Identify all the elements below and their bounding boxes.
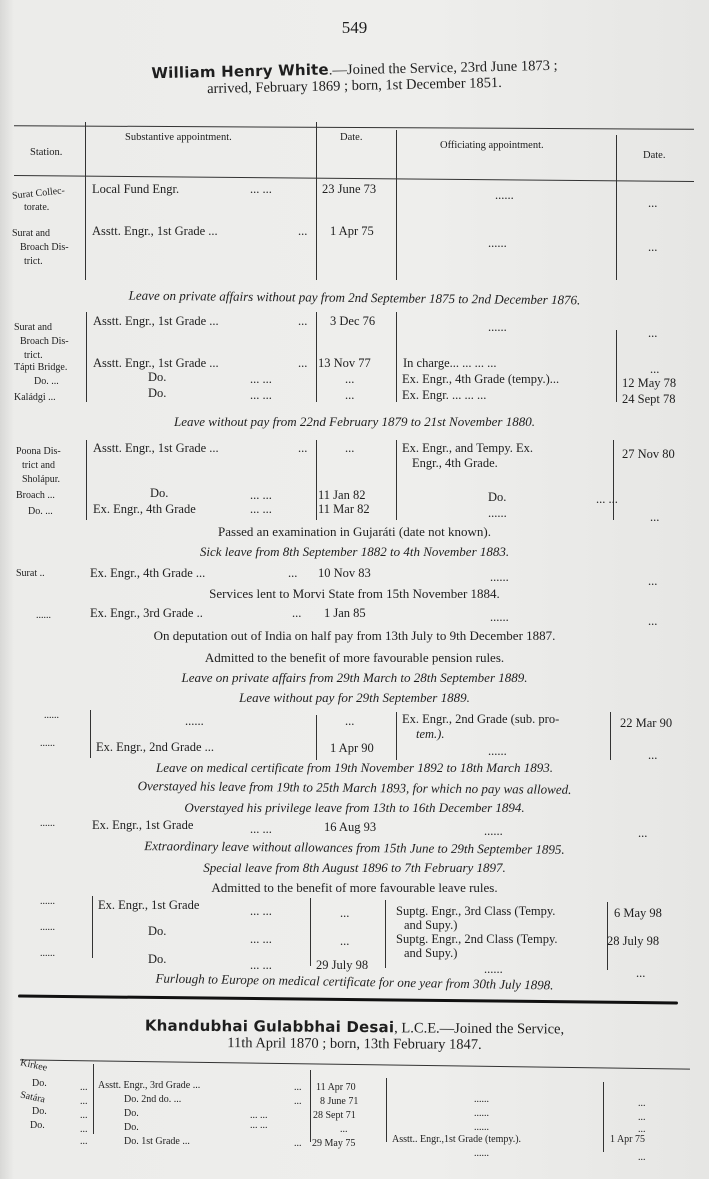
service-note: Leave on medical certificate from 19th N… [0,760,709,776]
substantive-cell: Ex. Engr., 3rd Grade .. [90,606,203,620]
station-cell: Do. [32,1078,47,1090]
station-cell: Do. ... [28,506,53,518]
date-cell: 28 Sept 71 [313,1110,356,1122]
officiating-cell: ...... [488,506,507,520]
station-cell: Tápti Bridge. [14,362,67,374]
station-cell: Poona Dis- [16,446,61,458]
officiating-cell: ...... [484,824,503,838]
substantive-cell: Do. [148,952,166,966]
station-cell: Broach Dis- [20,336,69,348]
col-rule [616,330,617,402]
odate-cell: ... [648,614,657,628]
section-divider [18,995,678,1005]
odate-cell: 6 May 98 [614,906,662,920]
table-top-rule [14,125,694,130]
header-station: Station. [30,147,62,158]
date-cell: 10 Nov 83 [318,566,371,580]
substantive-cell: Asstt. Engr., 3rd Grade ... [98,1080,200,1092]
station-cell: torate. [24,202,49,214]
station-cell: Do. [32,1106,47,1118]
officiating-cell: Ex. Engr., 4th Grade (tempy.)... [402,372,559,386]
dots: ... ... [250,388,272,402]
date-cell: ... [345,388,354,402]
header-date2: Date. [643,150,665,161]
dots: ... [298,224,307,238]
service-note: Passed an examination in Gujaráti (date … [0,524,709,540]
date-cell: 16 Aug 93 [324,820,376,834]
officiating-cell: ...... [474,1094,489,1106]
dots: ... [294,1096,302,1108]
odate-cell: ... [638,1112,646,1124]
header-date1: Date. [340,132,362,143]
odate-cell: ... [648,240,657,254]
substantive-cell: ...... [185,714,204,728]
col-rule [86,312,87,402]
substantive-cell: Do. [148,924,166,938]
substantive-cell: Do. [124,1108,139,1120]
date-cell: 1 Apr 90 [330,741,374,755]
substantive-cell: Do. [148,370,166,384]
col-rule [385,900,386,968]
dots: ... [80,1110,88,1122]
header-substantive: Substantive appointment. [125,132,232,143]
service-note: Overstayed his leave from 19th to 25th M… [0,777,709,799]
date-cell: 23 June 73 [322,182,376,196]
dots: ... [80,1082,88,1094]
officer2-name: Khandubhai Gulabbhai Desai [145,1017,394,1037]
odate-cell: ... [636,966,645,980]
col-rule [316,312,317,402]
dots: ... [294,1138,302,1150]
col-rule [316,122,317,280]
odate-cell: ... [638,826,647,840]
service-note: Leave on private affairs from 29th March… [0,670,709,686]
substantive-cell: Asstt. Engr., 1st Grade ... [93,314,219,328]
officiating-cell: and Supy.) [404,918,457,932]
col-rule [316,440,317,520]
dots: ... ... [250,904,272,918]
col-rule [603,1082,604,1152]
col-rule [310,1070,311,1142]
odate-cell: ... ... [596,492,618,506]
dots: ... [80,1124,88,1136]
officiating-cell: ...... [474,1122,489,1134]
service-note: Furlough to Europe on medical certificat… [0,968,709,996]
document-page: 549 William Henry White.—Joined the Serv… [0,0,709,1179]
station-cell: ...... [40,896,55,908]
dots: ... ... [250,932,272,946]
date-cell: 1 Jan 85 [324,606,366,620]
date-cell: ... [340,906,349,920]
station-cell: Surat Collec- [12,185,66,202]
substantive-cell: Local Fund Engr. [92,182,179,196]
station-cell: Surat and [14,322,52,334]
dots: ... ... [250,958,272,972]
col-rule [86,440,87,520]
dots: ... [288,566,297,580]
station-cell: Sholápur. [22,474,60,486]
col-rule [316,715,317,760]
date-cell: ... [340,934,349,948]
station-cell: ...... [44,710,59,722]
station-cell: Satára [19,1090,46,1107]
page-number: 549 [0,18,709,38]
officiating-cell: ...... [490,570,509,584]
substantive-cell: Ex. Engr., 4th Grade [93,502,196,516]
odate-cell: 22 Mar 90 [620,716,672,730]
station-cell: Broach ... [16,490,55,502]
substantive-cell: Ex. Engr., 4th Grade ... [90,566,205,580]
station-cell: Kaládgi ... [14,392,56,404]
station-cell: trict. [24,256,43,268]
date-cell: 11 Jan 82 [318,488,365,502]
officiating-cell: Asstt.. Engr.,1st Grade (tempy.). [392,1134,521,1146]
service-note: Leave on private affairs without pay fro… [0,286,709,309]
dots: ... ... [250,372,272,386]
station-cell: Broach Dis- [20,242,69,254]
odate-cell: ... [638,1098,646,1110]
dots: ... [80,1096,88,1108]
dots: ... [298,356,307,370]
officiating-cell: ...... [474,1108,489,1120]
station-cell: ...... [40,738,55,750]
officiating-cell: Ex. Engr., and Tempy. Ex. [402,441,533,455]
station-cell: trict. [24,350,43,362]
col-rule [396,440,397,520]
odate-cell: 28 July 98 [607,934,659,948]
substantive-cell: Do. [124,1122,139,1134]
officiating-cell: and Supy.) [404,946,457,960]
substantive-cell: Ex. Engr., 1st Grade [92,818,193,832]
col-rule [93,1064,94,1134]
date-cell: 1 Apr 75 [330,224,374,238]
odate-cell: ... [650,362,659,376]
date-cell: 29 July 98 [316,958,368,972]
substantive-cell: Do. [148,386,166,400]
header-officiating: Officiating appointment. [440,140,544,151]
odate-cell: ... [638,1152,646,1164]
officiating-cell: tem.). [416,727,444,741]
col-rule [386,1078,387,1142]
substantive-cell: Ex. Engr., 1st Grade [98,898,199,912]
dots: ... ... [250,822,272,836]
col-rule [90,710,91,758]
station-cell: ...... [40,818,55,830]
header-bottom-rule [14,175,694,182]
officiating-cell: Do. [488,490,506,504]
service-note: Sick leave from 8th September 1882 to 4t… [0,544,709,560]
dots: ... [298,441,307,455]
odate-cell: ... [648,196,657,210]
officiating-cell: In charge... ... ... ... [403,356,497,370]
date-cell: 8 June 71 [320,1096,358,1108]
date-cell: 11 Apr 70 [316,1082,356,1094]
officiating-cell: ...... [488,320,507,334]
substantive-cell: Asstt. Engr., 1st Grade ... [93,356,219,370]
substantive-cell: Do. 2nd do. ... [124,1094,181,1106]
date-cell: 29 May 75 [312,1138,355,1150]
col-rule [610,712,611,760]
col-rule [85,122,86,280]
col-rule [396,712,397,760]
service-note: On deputation out of India on half pay f… [0,628,709,644]
station-cell: Do. ... [34,376,59,388]
dots: ... [292,606,301,620]
service-note: Services lent to Morvi State from 15th N… [0,586,709,602]
service-note: Leave without pay for 29th September 188… [0,690,709,706]
station-cell: Do. [30,1120,45,1132]
dots: ... ... [250,1120,268,1132]
station-cell: ...... [40,948,55,960]
service-note: Extraordinary leave without allowances f… [0,837,709,859]
date-cell: 13 Nov 77 [318,356,371,370]
col-rule [613,440,614,520]
odate-cell: 27 Nov 80 [622,447,675,461]
dots: ... ... [250,502,272,516]
dots: ... [294,1082,302,1094]
substantive-cell: Do. 1st Grade ... [124,1136,190,1148]
officiating-cell: Ex. Engr., 2nd Grade (sub. pro- [402,712,559,726]
officiating-cell: ...... [495,188,514,202]
officer2-subheading: 11th April 1870 ; born, 13th February 18… [0,1034,709,1056]
substantive-cell: Asstt. Engr., 1st Grade ... [92,224,218,238]
dots: ... [80,1136,88,1148]
dots: ... ... [250,488,272,502]
col-rule [396,130,397,280]
service-note: Special leave from 8th August 1896 to 7t… [0,860,709,876]
date-cell: ... [345,714,354,728]
substantive-cell: Asstt. Engr., 1st Grade ... [93,441,219,455]
officiating-cell: ...... [484,962,503,976]
dots: ... [298,314,307,328]
col-rule [396,312,397,402]
odate-cell: ... [650,510,659,524]
col-rule [92,896,93,958]
station-cell: ...... [36,610,51,622]
substantive-cell: Ex. Engr., 2nd Grade ... [96,740,214,754]
col-rule [310,898,311,966]
odate-cell: 12 May 78 [622,376,676,390]
substantive-cell: Do. [150,486,168,500]
officer2-intro: , L.C.E.—Joined the Service, [394,1020,564,1037]
officiating-cell: ...... [488,744,507,758]
odate-cell: 24 Sept 78 [622,392,675,406]
station-cell: trict and [22,460,55,472]
date-cell: 3 Dec 76 [330,314,375,328]
officiating-cell: Suptg. Engr., 3rd Class (Tempy. [396,904,555,918]
date-cell: ... [345,441,354,455]
officiating-cell: Suptg. Engr., 2nd Class (Tempy. [396,932,558,946]
station-cell: Surat and [12,228,50,240]
dots: ... ... [250,182,272,196]
officiating-cell: Ex. Engr. ... ... ... [402,388,486,402]
date-cell: 11 Mar 82 [318,502,370,516]
service-note: Admitted to the benefit of more favourab… [0,880,709,896]
odate-cell: ... [648,326,657,340]
station-cell: Surat .. [16,568,45,580]
officiating-cell: Engr., 4th Grade. [412,456,498,470]
officiating-cell: ...... [490,610,509,624]
col-rule [616,135,617,280]
table-top-rule [20,1059,690,1069]
service-note: Leave without pay from 22nd February 187… [0,414,709,430]
date-cell: ... [345,372,354,386]
odate-cell: 1 Apr 75 [610,1134,645,1146]
officiating-cell: ...... [488,236,507,250]
service-note: Admitted to the benefit of more favourab… [0,650,709,666]
date-cell: ... [340,1124,348,1136]
station-cell: ...... [40,922,55,934]
service-note: Overstayed his privilege leave from 13th… [0,800,709,816]
officiating-cell: ...... [474,1148,489,1160]
